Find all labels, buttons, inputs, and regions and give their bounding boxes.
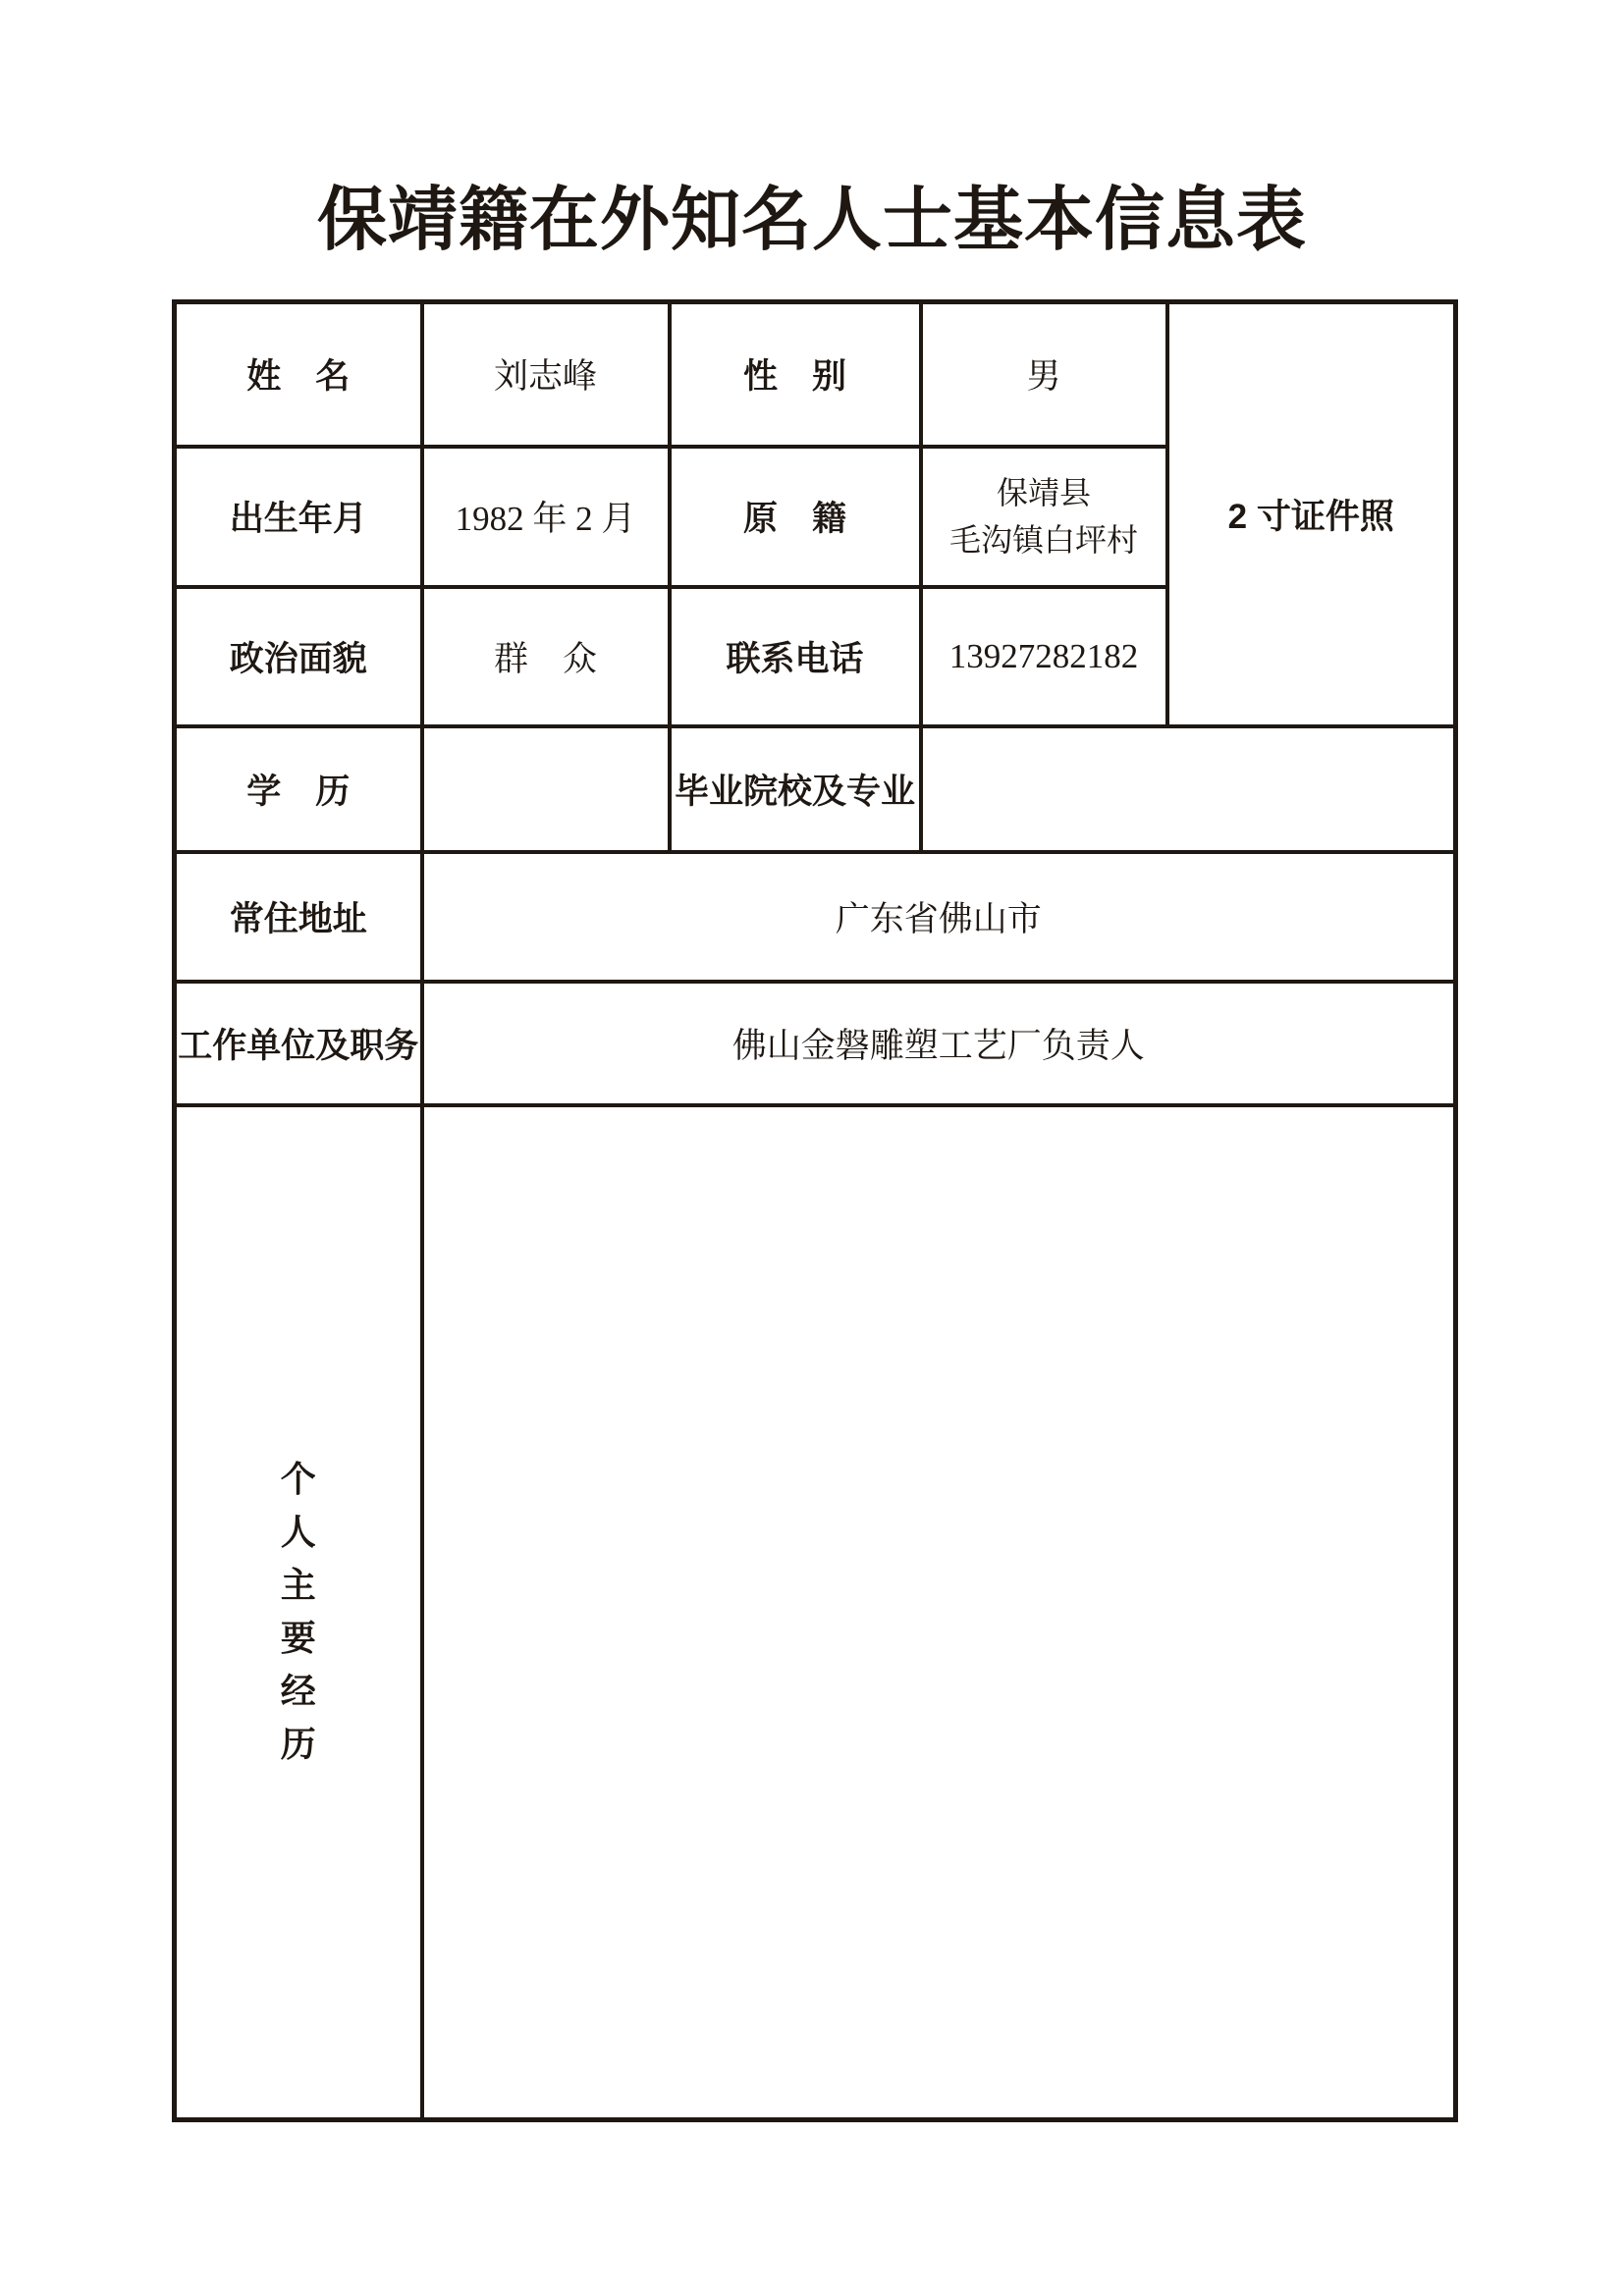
history-value [422,1105,1456,2120]
photo-placeholder: 2 寸证件照 [1167,302,1456,726]
work-value: 佛山金磐雕塑工艺厂负责人 [422,982,1456,1105]
document-page: 保靖籍在外知名人士基本信息表 姓 名 刘志峰 性 别 男 2 寸证件照 出生年月… [0,0,1624,2296]
gender-value: 男 [921,302,1167,447]
info-table: 姓 名 刘志峰 性 别 男 2 寸证件照 出生年月 1982 年 2 月 原 籍… [172,299,1458,2122]
history-label-cell: 个 人 主 要 经 历 [175,1105,422,2120]
name-label: 姓 名 [175,302,422,447]
address-label: 常住地址 [175,852,422,982]
work-label: 工作单位及职务 [175,982,422,1105]
origin-value-line2: 毛沟镇白坪村 [923,516,1165,563]
page-title: 保靖籍在外知名人士基本信息表 [0,183,1624,259]
name-value: 刘志峰 [422,302,670,447]
row-work: 工作单位及职务 佛山金磐雕塑工艺厂负责人 [175,982,1456,1105]
birth-value: 1982 年 2 月 [422,447,670,587]
phone-value: 13927282182 [921,587,1167,726]
history-label-char: 要 [281,1621,316,1656]
history-label-char: 人 [281,1515,316,1550]
political-label: 政治面貌 [175,587,422,726]
history-label-char: 经 [281,1674,316,1709]
origin-label: 原 籍 [670,447,921,587]
history-label-char: 主 [281,1568,316,1603]
school-value [921,726,1456,852]
origin-value: 保靖县 毛沟镇白坪村 [921,447,1167,587]
gender-label: 性 别 [670,302,921,447]
political-value: 群 众 [422,587,670,726]
history-label-char: 个 [281,1462,316,1497]
origin-value-line1: 保靖县 [923,469,1165,516]
education-label: 学 历 [175,726,422,852]
birth-label: 出生年月 [175,447,422,587]
row-name-gender: 姓 名 刘志峰 性 别 男 2 寸证件照 [175,302,1456,447]
education-value [422,726,670,852]
school-label: 毕业院校及专业 [670,726,921,852]
history-label: 个 人 主 要 经 历 [177,1462,420,1762]
row-education-school: 学 历 毕业院校及专业 [175,726,1456,852]
row-address: 常住地址 广东省佛山市 [175,852,1456,982]
row-personal-history: 个 人 主 要 经 历 [175,1105,1456,2120]
address-value: 广东省佛山市 [422,852,1456,982]
phone-label: 联系电话 [670,587,921,726]
history-label-char: 历 [281,1727,316,1762]
